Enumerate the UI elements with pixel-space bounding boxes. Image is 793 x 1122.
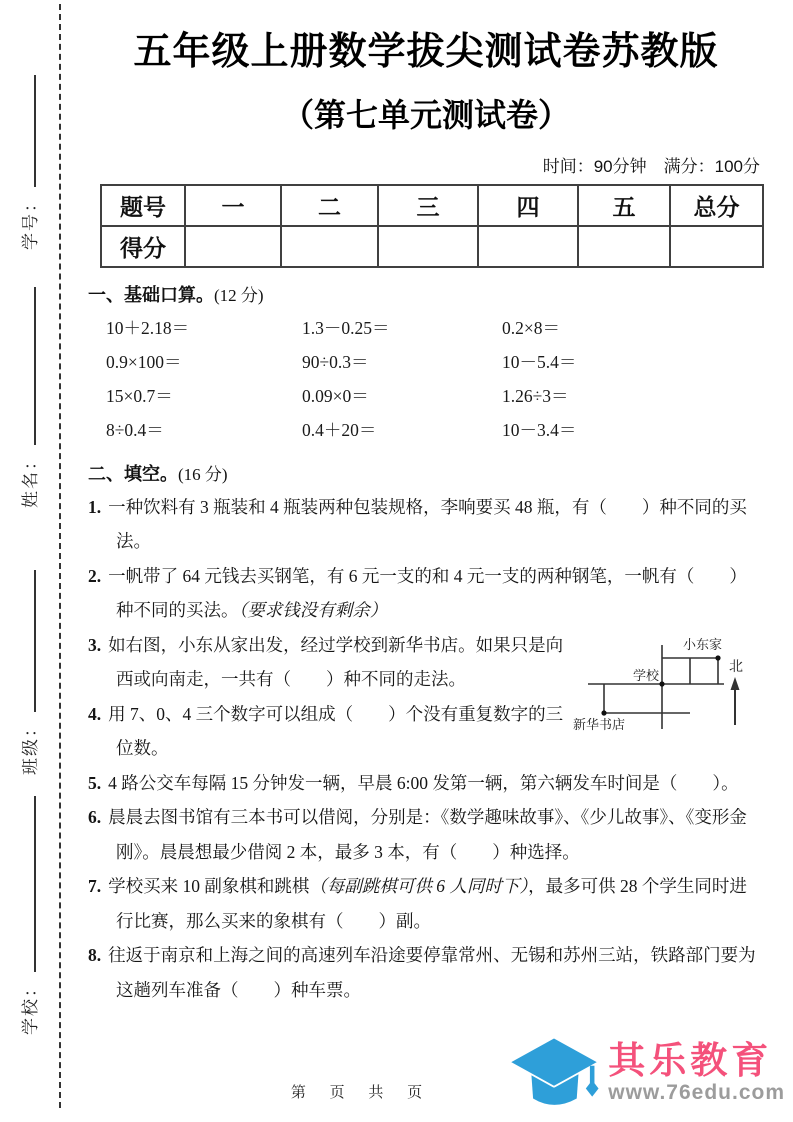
school-dot <box>659 681 664 686</box>
oral-problem: 10－5.4＝ <box>502 345 764 379</box>
school-blank <box>32 796 36 972</box>
bookstore-dot <box>601 710 606 715</box>
section2-points: (16 分) <box>178 465 228 484</box>
oral-problem: 1.26÷3＝ <box>502 379 764 413</box>
question-2: 2.一帆带了 64 元钱去买钢笔，有 6 元一支的和 4 元一支的两种钢笔，一帆… <box>88 559 764 628</box>
score-cell-empty <box>378 226 478 267</box>
score-cell-empty <box>670 226 763 267</box>
school-field: 学校： <box>16 796 41 1035</box>
brand-text: 其乐教育 www.76edu.com <box>608 1042 785 1105</box>
score-col-2: 二 <box>281 185 378 226</box>
route-map-diagram: 小东家 学校 新华书店 北 <box>572 632 764 738</box>
student-name-field: 姓名： <box>16 287 41 508</box>
score-col-total: 总分 <box>670 185 763 226</box>
section1-heading-text: 一、基础口算。 <box>88 285 214 305</box>
question-4-number: 4. <box>88 704 101 724</box>
brand-name: 其乐教育 <box>608 1042 772 1079</box>
student-id-field: 学号： <box>16 75 41 250</box>
oral-problem: 90÷0.3＝ <box>302 345 502 379</box>
section1-heading: 一、基础口算。(12 分) <box>88 281 764 307</box>
question-5: 5.4 路公交车每隔 15 分钟发一辆，早晨 6:00 发第一辆，第六辆发车时间… <box>88 766 764 801</box>
student-name-label: 姓名： <box>21 451 40 508</box>
score-col-3: 三 <box>378 185 478 226</box>
question-5-number: 5. <box>88 773 101 793</box>
score-col-label: 题号 <box>101 185 185 226</box>
home-dot <box>715 655 720 660</box>
question-2-number: 2. <box>88 566 101 586</box>
score-col-1: 一 <box>185 185 281 226</box>
question-7-note: （每副跳棋可供 6 人同时下） <box>309 876 528 896</box>
question-3-text: 如右图，小东从家出发，经过学校到新华书店。如果只是向西或向南走，一共有（ ）种不… <box>108 635 563 690</box>
question-4-text: 用 7、0、4 三个数字可以组成（ ）个没有重复数字的三位数。 <box>108 704 563 759</box>
main-content: 五年级上册数学拔尖测试卷苏教版 （第七单元测试卷） 时间：90分钟 满分：100… <box>88 30 764 1007</box>
student-id-blank <box>32 75 36 187</box>
score-table-header-row: 题号 一 二 三 四 五 总分 <box>101 185 763 226</box>
oral-problem: 15×0.7＝ <box>106 379 302 413</box>
question-7: 7.学校买来 10 副象棋和跳棋（每副跳棋可供 6 人同时下），最多可供 28 … <box>88 869 764 938</box>
section1-points: (12 分) <box>214 286 264 305</box>
score-table-score-row: 得分 <box>101 226 763 267</box>
class-blank <box>32 570 36 712</box>
question-6-text: 晨晨去图书馆有三本书可以借阅，分别是：《数学趣味故事》、《少儿故事》、《变形金刚… <box>108 807 747 862</box>
score-table: 题号 一 二 三 四 五 总分 得分 <box>100 184 764 268</box>
route-map-figure: 小东家 学校 新华书店 北 <box>572 632 764 738</box>
question-8-text: 往返于南京和上海之间的高速列车沿途要停靠常州、无锡和苏州三站，铁路部门要为这趟列… <box>108 945 756 1000</box>
cut-dashed-line <box>59 4 61 1108</box>
question-2-note: （要求钱没有剩余） <box>239 600 388 620</box>
test-paper-page: 学号： 姓名： 班级： 学校： 五年级上册数学拔尖测试卷苏教版 （第七单元测试卷… <box>0 0 793 1122</box>
question-7-number: 7. <box>88 876 101 896</box>
class-field: 班级： <box>16 570 41 775</box>
school-label: 学校： <box>21 978 40 1035</box>
oral-problem: 8÷0.4＝ <box>106 413 302 447</box>
section2-heading-text: 二、填空。 <box>88 464 178 484</box>
question-8-number: 8. <box>88 945 101 965</box>
north-label: 北 <box>729 659 743 675</box>
oral-problem: 0.2×8＝ <box>502 311 764 345</box>
question-2-text: 一帆带了 64 元钱去买钢笔，有 6 元一支的和 4 元一支的两种钢笔，一帆有（… <box>108 566 747 621</box>
section2-heading: 二、填空。(16 分) <box>88 460 764 486</box>
brand-url: www.76edu.com <box>608 1081 785 1105</box>
question-3-number: 3. <box>88 635 101 655</box>
question-7-text: 学校买来 10 副象棋和跳棋 <box>108 876 309 896</box>
oral-problem: 0.09×0＝ <box>302 379 502 413</box>
fill-questions: 1.一种饮料有 3 瓶装和 4 瓶装两种包装规格，李响要买 48 瓶，有（ ）种… <box>88 490 764 1008</box>
question-1-text: 一种饮料有 3 瓶装和 4 瓶装两种包装规格，李响要买 48 瓶，有（ ）种不同… <box>108 497 747 552</box>
question-5-text: 4 路公交车每隔 15 分钟发一辆，早晨 6:00 发第一辆，第六辆发车时间是（… <box>108 773 739 793</box>
graduation-cap-icon <box>504 1030 604 1116</box>
score-cell-empty <box>281 226 378 267</box>
score-row-label: 得分 <box>101 226 185 267</box>
question-1: 1.一种饮料有 3 瓶装和 4 瓶装两种包装规格，李响要买 48 瓶，有（ ）种… <box>88 490 764 559</box>
oral-problem: 10＋2.18＝ <box>106 311 302 345</box>
score-cell-empty <box>185 226 281 267</box>
score-cell-empty <box>478 226 578 267</box>
class-label: 班级： <box>21 718 40 775</box>
question-8: 8.往返于南京和上海之间的高速列车沿途要停靠常州、无锡和苏州三站，铁路部门要为这… <box>88 938 764 1007</box>
score-cell-empty <box>578 226 670 267</box>
oral-problem: 0.9×100＝ <box>106 345 302 379</box>
page-subtitle: （第七单元测试卷） <box>88 90 764 136</box>
student-name-blank <box>32 287 36 445</box>
school-label: 学校 <box>633 668 660 683</box>
student-id-label: 学号： <box>21 193 40 250</box>
score-col-5: 五 <box>578 185 670 226</box>
page-title: 五年级上册数学拔尖测试卷苏教版 <box>88 30 764 76</box>
oral-problem: 1.3－0.25＝ <box>302 311 502 345</box>
bookstore-label: 新华书店 <box>573 717 625 732</box>
time-score-info: 时间：90分钟 满分：100分 <box>88 152 764 177</box>
brand-logo: 其乐教育 www.76edu.com <box>504 1030 785 1116</box>
question-6: 6.晨晨去图书馆有三本书可以借阅，分别是：《数学趣味故事》、《少儿故事》、《变形… <box>88 800 764 869</box>
oral-problem: 10－3.4＝ <box>502 413 764 447</box>
question-1-number: 1. <box>88 497 101 517</box>
oral-problem: 0.4＋20＝ <box>302 413 502 447</box>
home-label: 小东家 <box>683 637 722 652</box>
question-3-4-block: 小东家 学校 新华书店 北 3.如右图，小东从家出发，经过学校到新华书店。如果只… <box>88 628 764 766</box>
question-6-number: 6. <box>88 807 101 827</box>
oral-problems-grid: 10＋2.18＝ 1.3－0.25＝ 0.2×8＝ 0.9×100＝ 90÷0.… <box>88 311 764 447</box>
score-col-4: 四 <box>478 185 578 226</box>
